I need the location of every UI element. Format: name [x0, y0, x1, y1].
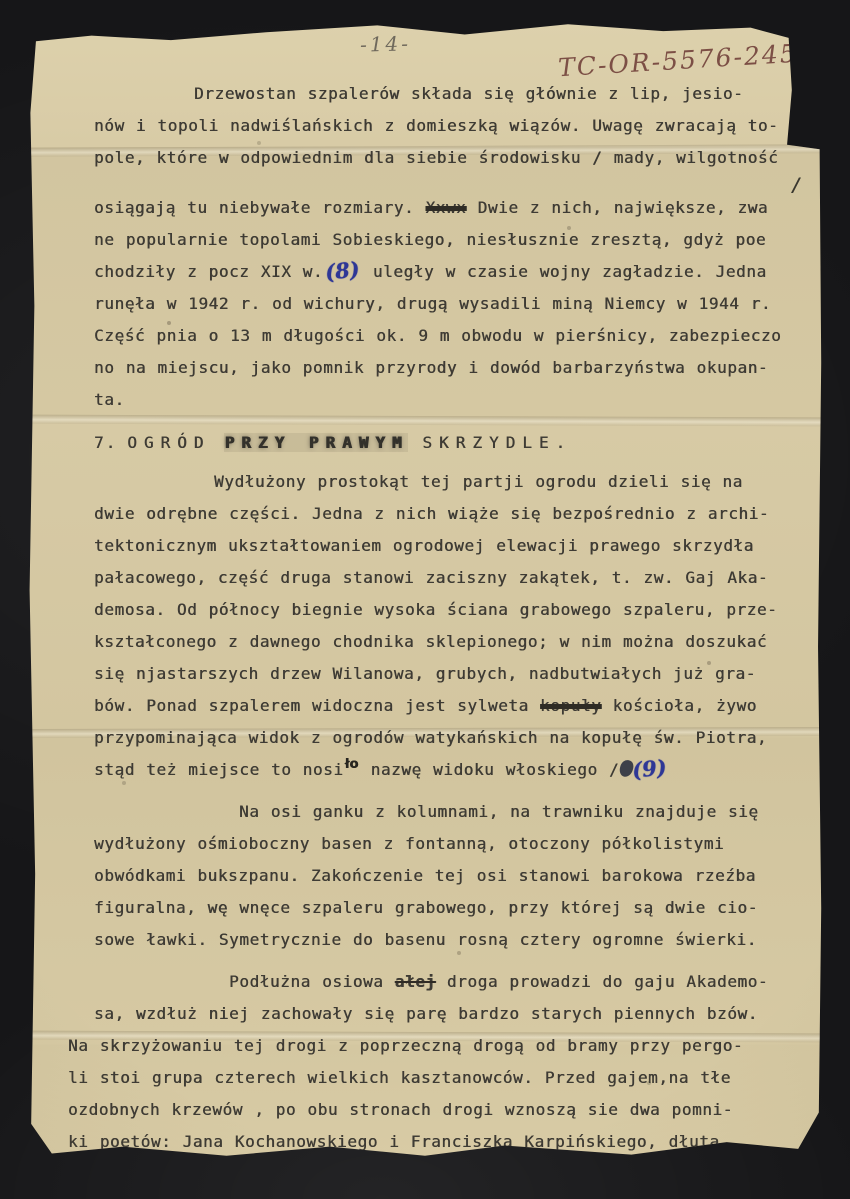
strikethrough-word: Xxwx — [425, 198, 466, 217]
margin-slash: / — [94, 174, 816, 192]
typed-line: figuralna, wę wnęce szpaleru grabowego, … — [94, 892, 816, 924]
paper-speckles — [28, 22, 30, 24]
heading-word: OGRÓD — [127, 433, 210, 452]
typed-line: Część pnia o 13 m długości ok. 9 m obwod… — [94, 320, 816, 352]
typed-line: osiągają tu niebywałe rozmiary. Xxwx Dwi… — [94, 192, 816, 224]
typed-line: kształconego z dawnego chodnika sklepion… — [94, 626, 816, 658]
offset-strip: Na skrzyżowaniu tej drogi z poprzeczną d… — [68, 1030, 816, 1158]
typed-line: przypominająca widok z ogrodów watykańsk… — [94, 722, 816, 754]
typed-text: bów. Ponad szpalerem widoczna jest sylwe… — [94, 696, 540, 715]
heading-word-overstruck: PRZY PRAWYM — [224, 433, 408, 452]
typed-line: Na osi ganku z kolumnami, na trawniku zn… — [94, 796, 816, 828]
typed-line: sa, wzdłuż niej zachowały się parę bardz… — [94, 998, 816, 1030]
typed-line: ki poetów: Jana Kochanowskiego i Francis… — [68, 1126, 816, 1158]
heading-number: 7. — [94, 433, 117, 452]
section-heading: 7.OGRÓDPRZY PRAWYMSKRZYDLE. — [94, 426, 816, 460]
typed-line: Wydłużony prostokąt tej partji ogrodu dz… — [94, 466, 816, 498]
document-page: -14- TC-OR-5576-245 Drzewostan szpalerów… — [28, 22, 822, 1158]
heading-word: SKRZYDLE. — [422, 433, 572, 452]
catalog-code: TC-OR-5576-245 — [557, 39, 798, 83]
typed-line: bów. Ponad szpalerem widoczna jest sylwe… — [94, 690, 816, 722]
typed-line: ozdobnych krzewów , po obu stronach drog… — [68, 1094, 816, 1126]
typed-line: tektonicznym ukształtowaniem ogrodowej e… — [94, 530, 816, 562]
typed-line: Na skrzyżowaniu tej drogi z poprzeczną d… — [68, 1030, 816, 1062]
typed-line: obwódkami bukszpanu. Zakończenie tej osi… — [94, 860, 816, 892]
typed-text: droga prowadzi do gaju Akademo- — [436, 972, 768, 991]
handwritten-ref-mark: (8) — [324, 256, 361, 284]
strikethrough-word: kopuły — [540, 696, 601, 715]
typed-text: Podłużna osiowa — [229, 972, 395, 991]
typed-text: nazwę widoku włoskiego / — [359, 760, 619, 779]
typed-line: dwie odrębne części. Jedna z nich wiąże … — [94, 498, 816, 530]
typed-text: chodziły z pocz XIX w. — [94, 262, 323, 281]
typed-line: Podłużna osiowa ałej droga prowadzi do g… — [94, 966, 816, 998]
typed-line: pałacowego, część druga stanowi zaciszny… — [94, 562, 816, 594]
typed-text: stąd też miejsce to nosi — [94, 760, 344, 779]
typed-line: runęła w 1942 r. od wichury, drugą wysad… — [94, 288, 816, 320]
scan-background: -14- TC-OR-5576-245 Drzewostan szpalerów… — [0, 0, 850, 1199]
typed-text-block: Drzewostan szpalerów składa się głównie … — [94, 78, 816, 1158]
typed-line: się njastarszych drzew Wilanowa, grubych… — [94, 658, 816, 690]
typed-text: kościoła, żywo — [601, 696, 757, 715]
typed-text: uległy w czasie wojny zagładzie. Jedna — [362, 262, 767, 281]
typed-line: Drzewostan szpalerów składa się głównie … — [94, 78, 816, 110]
typed-line: li stoi grupa czterech wielkich kasztano… — [68, 1062, 816, 1094]
typed-line: demosa. Od północy biegnie wysoka ściana… — [94, 594, 816, 626]
typed-line: pole, które w odpowiednim dla siebie śro… — [94, 142, 816, 174]
typed-text: osiągają tu niebywałe rozmiary. — [94, 198, 425, 217]
typed-line: ne popularnie topolami Sobieskiego, nies… — [94, 224, 816, 256]
typed-line: wydłużony ośmioboczny basen z fontanną, … — [94, 828, 816, 860]
typed-text: Dwie z nich, największe, zwa — [466, 198, 768, 217]
typed-line: no na miejscu, jako pomnik przyrody i do… — [94, 352, 816, 384]
typed-line: ta. — [94, 384, 816, 416]
typed-line: stąd też miejsce to nosiło nazwę widoku … — [94, 754, 816, 786]
typed-line: nów i topoli nadwiślańskich z domieszką … — [94, 110, 816, 142]
handwritten-ref-mark: (9) — [631, 754, 668, 782]
page-number: -14- — [360, 31, 412, 56]
typed-line: chodziły z pocz XIX w.(8) uległy w czasi… — [94, 256, 816, 288]
superscript-insert: ło — [345, 757, 359, 772]
typed-line: sowe ławki. Symetrycznie do basenu rosną… — [94, 924, 816, 956]
overstruck-word: ałej — [395, 972, 436, 991]
